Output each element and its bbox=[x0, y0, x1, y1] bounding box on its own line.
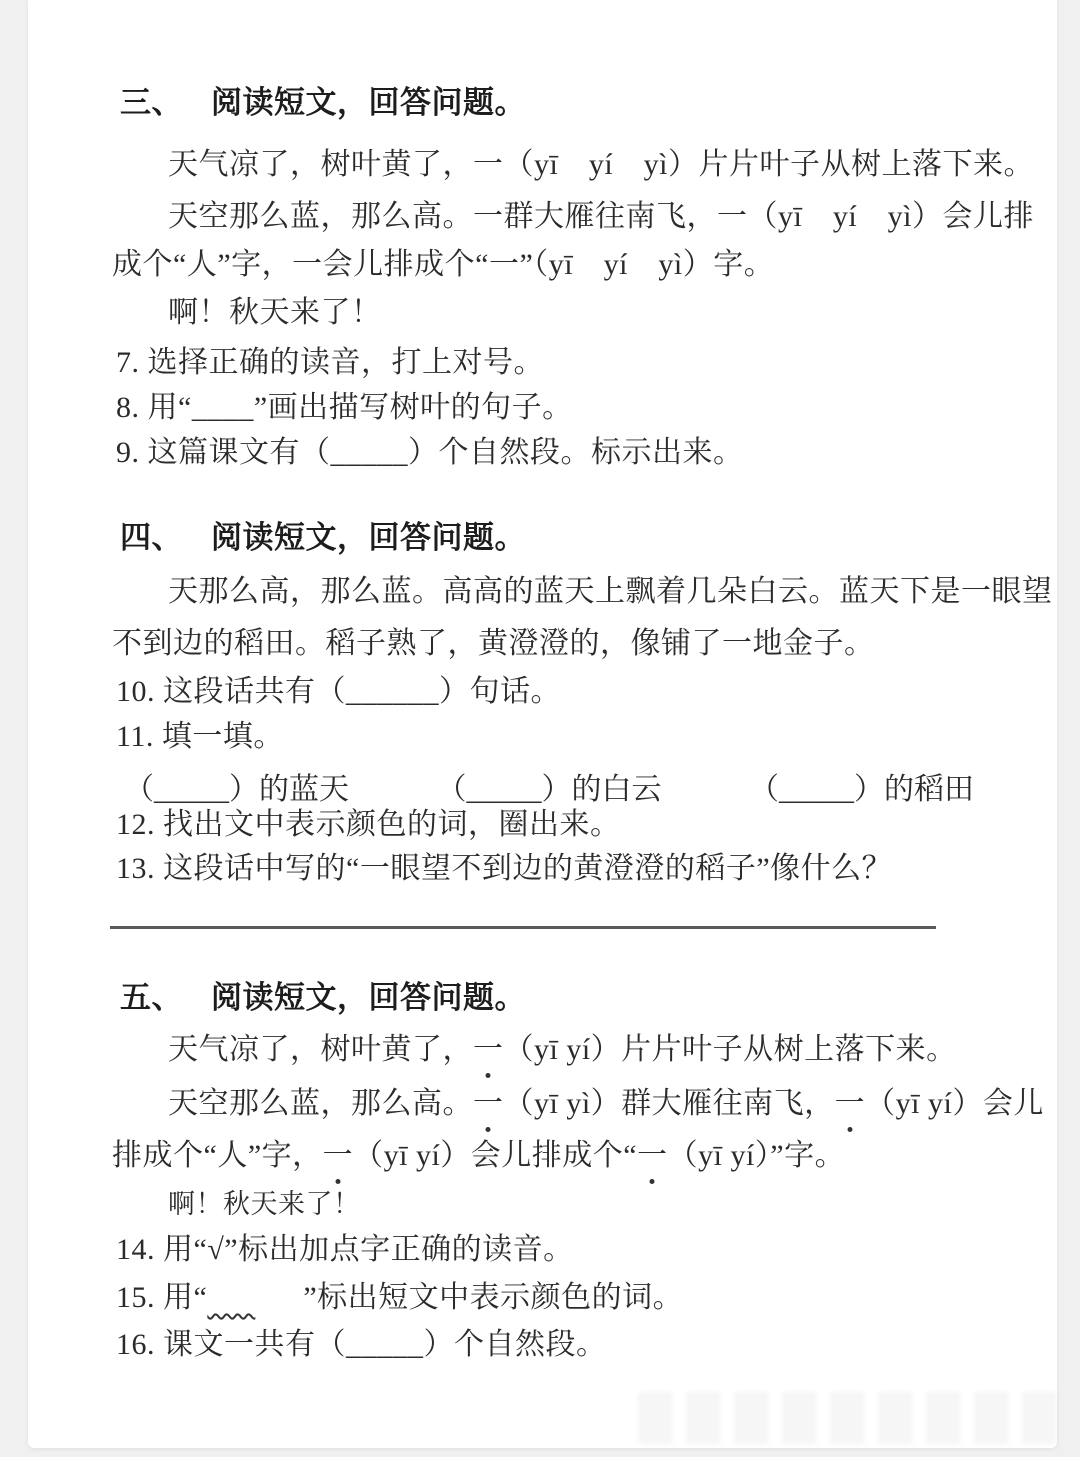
emphasized-char: 一 bbox=[323, 1139, 354, 1173]
section-5-heading: 五、阅读短文，回答问题。 bbox=[120, 981, 526, 1015]
section-4-title: 阅读短文，回答问题。 bbox=[211, 520, 526, 555]
question-text: 15. 用“ bbox=[116, 1281, 207, 1314]
passage-line: 天气凉了，树叶黄了，一（yī yí）片片叶子从树上落下来。 bbox=[168, 1033, 957, 1067]
emphasized-char: 一 bbox=[473, 1087, 504, 1121]
emphasized-char: 一 bbox=[637, 1139, 668, 1173]
passage-text: （yī yì）群大雁往南飞， bbox=[504, 1087, 835, 1120]
passage-text: 天空那么蓝，那么高。 bbox=[168, 1087, 473, 1120]
question-9: 9. 这篇课文有（_____）个自然段。标示出来。 bbox=[116, 436, 744, 470]
emphasized-char: 一 bbox=[835, 1087, 866, 1121]
emphasized-char: 一 bbox=[473, 1033, 504, 1067]
passage-line: 啊！秋天来了！ bbox=[168, 296, 382, 330]
answer-line bbox=[110, 926, 936, 929]
passage-text: （yī yí）会儿 bbox=[865, 1087, 1044, 1120]
passage-text: （yī yí）”字。 bbox=[668, 1139, 846, 1172]
passage-text: 天气凉了，树叶黄了， bbox=[168, 1033, 473, 1066]
passage-line: 排成个“人”字，一（yī yí）会儿排成个“一（yī yí）”字。 bbox=[112, 1139, 845, 1173]
question-13: 13. 这段话中写的“一眼望不到边的黄澄澄的稻子”像什么？ bbox=[116, 852, 892, 886]
section-3-heading: 三、阅读短文，回答问题。 bbox=[120, 86, 526, 120]
worksheet-page: 三、阅读短文，回答问题。 天气凉了，树叶黄了，一（yī yí yì）片片叶子从树… bbox=[28, 0, 1057, 1448]
passage-text: 排成个“人”字， bbox=[112, 1139, 323, 1172]
question-7: 7. 选择正确的读音，打上对号。 bbox=[116, 346, 544, 380]
passage-line: 天空那么蓝，那么高。一（yī yì）群大雁往南飞，一（yī yí）会儿 bbox=[168, 1087, 1044, 1121]
fill-blank-rice-field: （_____）的稻田 bbox=[749, 764, 974, 808]
section-3-title: 阅读短文，回答问题。 bbox=[211, 85, 526, 120]
question-16: 16. 课文一共有（_____）个自然段。 bbox=[116, 1328, 607, 1362]
wavy-blank bbox=[207, 1281, 303, 1315]
fill-blank-white-cloud: （_____）的白云 bbox=[437, 764, 662, 808]
question-text: ”标出短文中表示颜色的词。 bbox=[303, 1281, 683, 1314]
passage-line: 不到边的稻田。稻子熟了，黄澄澄的，像铺了一地金子。 bbox=[112, 627, 875, 661]
passage-line: 天气凉了，树叶黄了，一（yī yí yì）片片叶子从树上落下来。 bbox=[168, 148, 1034, 182]
section-4-heading: 四、阅读短文，回答问题。 bbox=[120, 521, 526, 555]
fill-in-row: （_____）的蓝天 （_____）的白云 （_____）的稻田 bbox=[124, 764, 974, 808]
section-4-number: 四、 bbox=[120, 521, 183, 555]
watermark bbox=[638, 1392, 1068, 1444]
question-14: 14. 用“√”标出加点字正确的读音。 bbox=[116, 1233, 574, 1267]
passage-line: 啊！秋天来了！ bbox=[168, 1187, 361, 1221]
question-8: 8. 用“____”画出描写树叶的句子。 bbox=[116, 391, 573, 425]
fill-blank-blue-sky: （_____）的蓝天 bbox=[124, 764, 349, 808]
passage-text: （yī yí）会儿排成个“ bbox=[353, 1139, 637, 1172]
section-3-number: 三、 bbox=[120, 86, 183, 120]
question-10: 10. 这段话共有（______）句话。 bbox=[116, 675, 561, 709]
passage-line: 成个“人”字，一会儿排成个“一”（yī yí yì）字。 bbox=[112, 248, 774, 282]
passage-text: （yī yí）片片叶子从树上落下来。 bbox=[504, 1033, 957, 1066]
section-5-title: 阅读短文，回答问题。 bbox=[211, 980, 526, 1015]
question-12: 12. 找出文中表示颜色的词，圈出来。 bbox=[116, 808, 621, 842]
passage-line: 天那么高，那么蓝。高高的蓝天上飘着几朵白云。蓝天下是一眼望 bbox=[168, 575, 1053, 609]
question-15: 15. 用“ ”标出短文中表示颜色的词。 bbox=[116, 1281, 683, 1315]
section-5-number: 五、 bbox=[120, 981, 183, 1015]
passage-line: 天空那么蓝，那么高。一群大雁往南飞，一（yī yí yì）会儿排 bbox=[168, 200, 1034, 234]
question-11: 11. 填一填。 bbox=[116, 720, 284, 754]
